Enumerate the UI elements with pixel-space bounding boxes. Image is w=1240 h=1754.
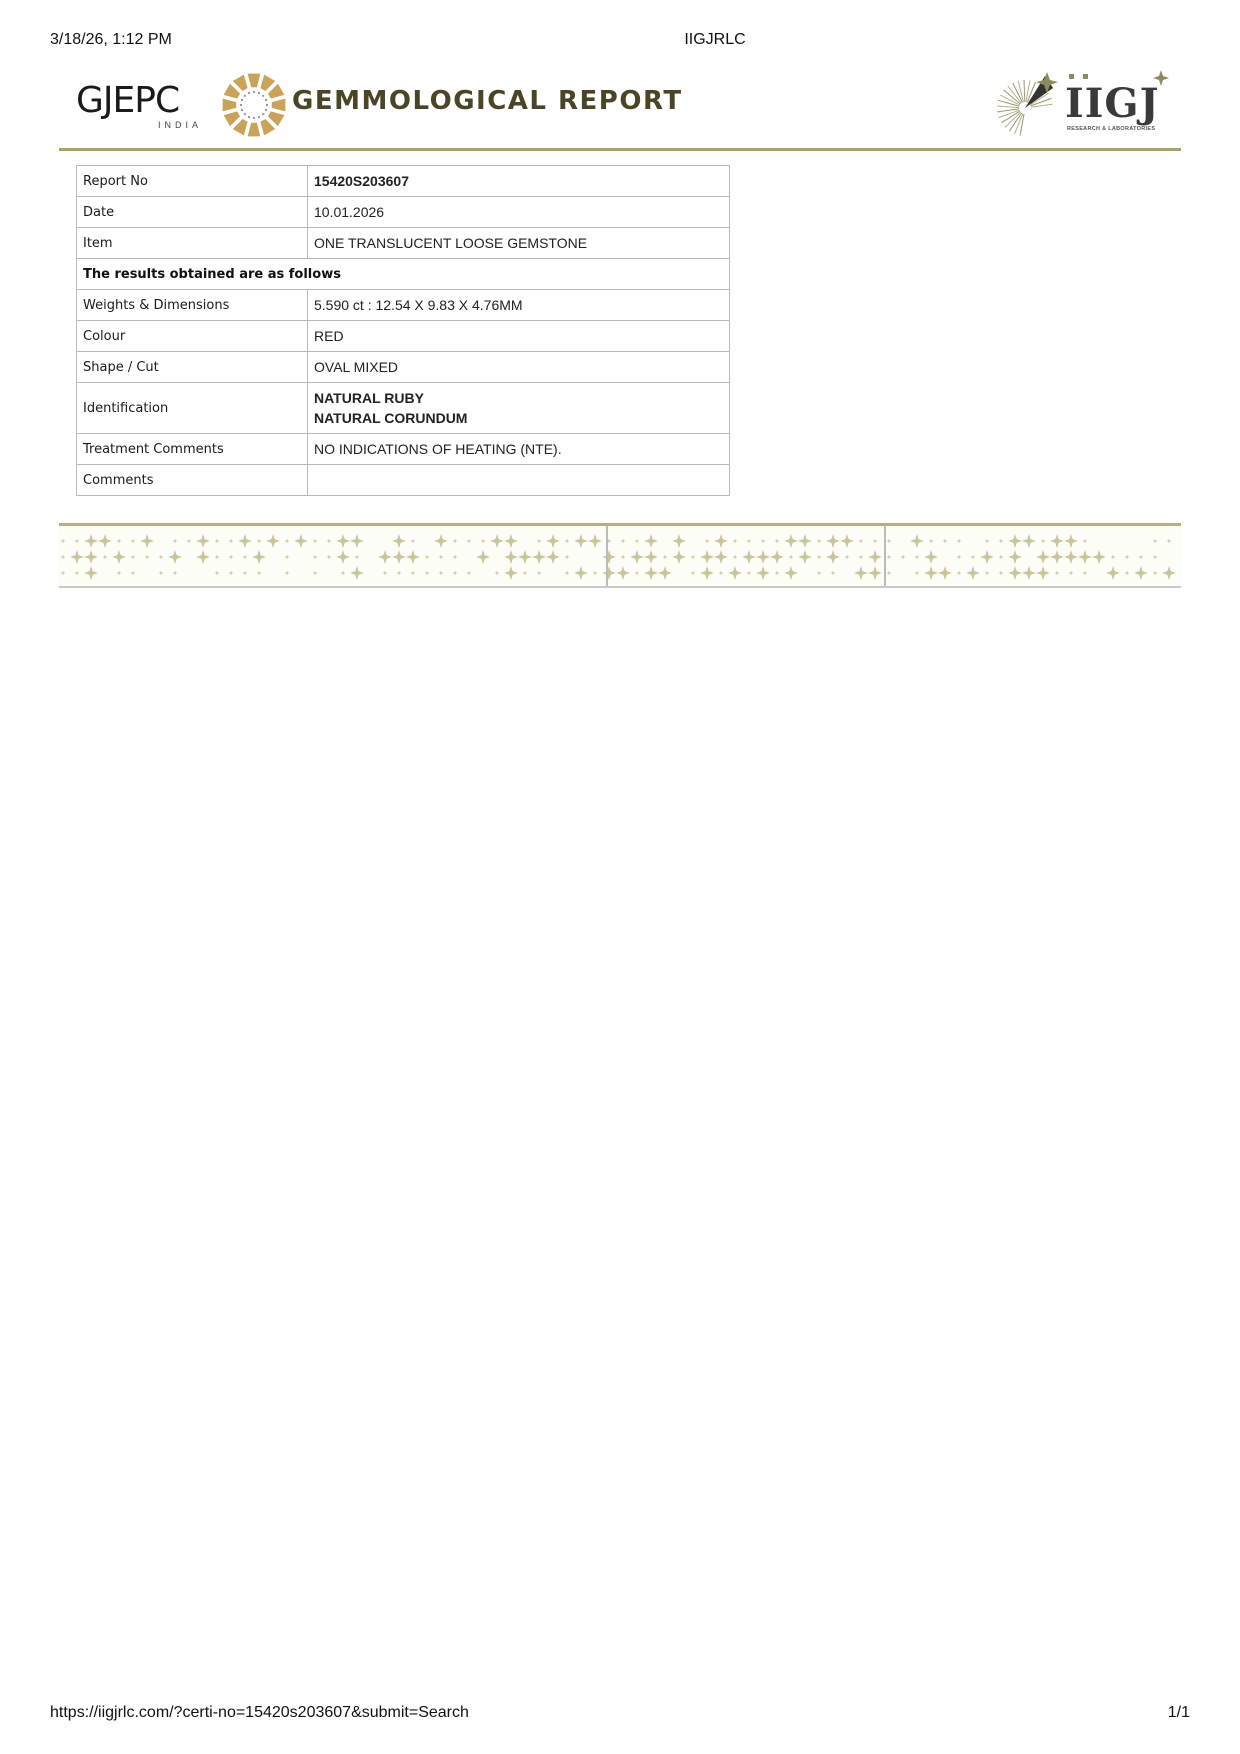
shape-label: Shape / Cut: [77, 352, 308, 383]
report-no-label: Report No: [77, 166, 308, 197]
star-pattern-icon: [59, 526, 1181, 586]
print-page-number: 1/1: [1168, 1704, 1190, 1722]
treatment-value: NO INDICATIONS OF HEATING (NTE).: [308, 434, 730, 465]
report-table: Report No 15420S203607 Date 10.01.2026 I…: [76, 165, 730, 496]
iigj-logo: IIGJ RESEARCH & LABORATORIES: [995, 68, 1175, 142]
treatment-label: Treatment Comments: [77, 434, 308, 465]
results-heading: The results obtained are as follows: [77, 259, 730, 290]
table-row: Weights & Dimensions 5.590 ct : 12.54 X …: [77, 290, 730, 321]
identification-value: NATURAL RUBY NATURAL CORUNDUM: [308, 383, 730, 434]
gjepc-logo-text: GJEPC: [76, 80, 179, 121]
weights-label: Weights & Dimensions: [77, 290, 308, 321]
print-url: https://iigjrlc.com/?certi-no=15420s2036…: [50, 1704, 469, 1722]
report-title: GEMMOLOGICAL REPORT: [292, 86, 683, 116]
table-row: Shape / Cut OVAL MIXED: [77, 352, 730, 383]
identification-line-2: NATURAL CORUNDUM: [314, 408, 723, 428]
item-label: Item: [77, 228, 308, 259]
decorative-star-band: [59, 523, 1181, 588]
gjepc-logo: GJEPC INDIA: [76, 72, 276, 136]
colour-label: Colour: [77, 321, 308, 352]
comments-label: Comments: [77, 465, 308, 496]
item-value: ONE TRANSLUCENT LOOSE GEMSTONE: [308, 228, 730, 259]
shape-value: OVAL MIXED: [308, 352, 730, 383]
table-row: Comments: [77, 465, 730, 496]
sun-emblem-icon: [221, 72, 287, 138]
table-row: Treatment Comments NO INDICATIONS OF HEA…: [77, 434, 730, 465]
gjepc-logo-subtitle: INDIA: [158, 120, 202, 130]
table-row: Item ONE TRANSLUCENT LOOSE GEMSTONE: [77, 228, 730, 259]
identification-line-1: NATURAL RUBY: [314, 388, 723, 408]
date-label: Date: [77, 197, 308, 228]
report-no-value: 15420S203607: [308, 166, 730, 197]
print-page-title: IIGJRLC: [0, 31, 1240, 49]
comments-value: [308, 465, 730, 496]
table-row: Date 10.01.2026: [77, 197, 730, 228]
band-divider: [884, 526, 886, 586]
band-divider: [606, 526, 608, 586]
iigj-logo-text: IIGJ: [1065, 80, 1160, 127]
table-row: Colour RED: [77, 321, 730, 352]
identification-label: Identification: [77, 383, 308, 434]
date-value: 10.01.2026: [308, 197, 730, 228]
section-heading-row: The results obtained are as follows: [77, 259, 730, 290]
weights-value: 5.590 ct : 12.54 X 9.83 X 4.76MM: [308, 290, 730, 321]
iigj-logo-subtitle: RESEARCH & LABORATORIES: [1067, 126, 1155, 132]
colour-value: RED: [308, 321, 730, 352]
starburst-icon: [995, 68, 1065, 142]
table-row: Identification NATURAL RUBY NATURAL CORU…: [77, 383, 730, 434]
report-header: GJEPC INDIA GEMMOLOGICAL REPORT IIGJ RES…: [59, 62, 1181, 151]
table-row: Report No 15420S203607: [77, 166, 730, 197]
